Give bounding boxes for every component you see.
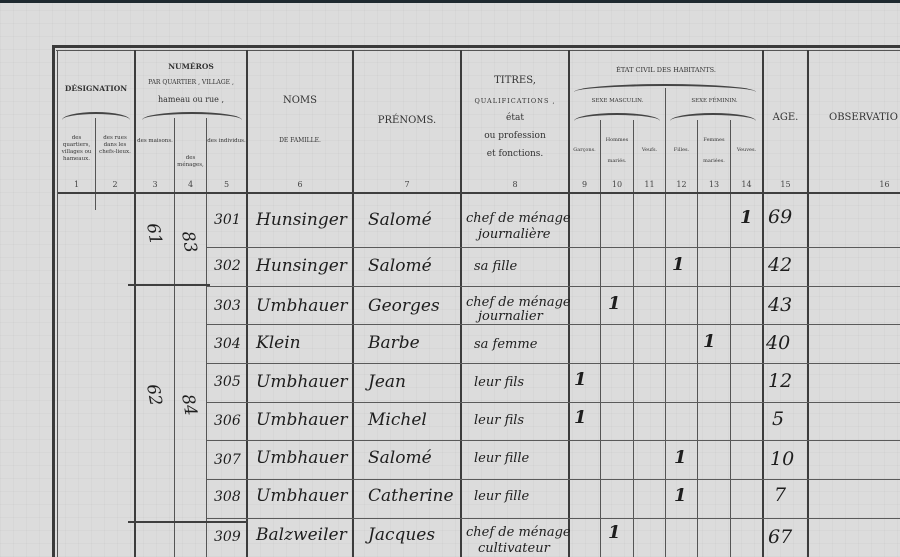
header-col9: Garçons. xyxy=(569,147,600,153)
age-309: 67 xyxy=(768,526,792,548)
prenom-309: Jacques xyxy=(368,525,435,545)
colnum-1: 1 xyxy=(58,180,95,189)
mark-306-garcon: 1 xyxy=(574,407,587,428)
mark-309-homme-marie: 1 xyxy=(608,522,621,543)
header-col10a: Hommes xyxy=(601,137,633,143)
colnum-15: 15 xyxy=(764,180,807,189)
age-303: 43 xyxy=(768,294,792,316)
nom-301: Hunsinger xyxy=(256,210,347,230)
colnum-5: 5 xyxy=(207,180,246,189)
row-sep-5 xyxy=(207,402,900,403)
individu-305: 305 xyxy=(214,374,241,390)
nom-305: Umbhauer xyxy=(256,372,348,392)
header-age: AGE. xyxy=(764,112,807,125)
mark-304-femme-mariee: 1 xyxy=(703,331,716,352)
age-301: 69 xyxy=(768,206,792,228)
colnum-2: 2 xyxy=(96,180,134,189)
individu-306: 306 xyxy=(214,413,241,429)
row-sep-4 xyxy=(207,363,900,364)
row-sep-8 xyxy=(207,518,900,519)
nom-302: Hunsinger xyxy=(256,256,347,276)
header-col3: des maisons. xyxy=(136,138,174,145)
header-col4: des ménages, xyxy=(175,155,206,169)
divider-etatcivil-age xyxy=(762,50,764,557)
header-observations: OBSERVATIO xyxy=(815,112,900,125)
colnum-12: 12 xyxy=(666,180,697,189)
titre-302: sa fille xyxy=(474,260,517,274)
divider-numeros-noms xyxy=(246,50,248,557)
divider-prenoms-titres xyxy=(460,50,462,557)
prenom-304: Barbe xyxy=(368,333,420,353)
header-col13b: mariées. xyxy=(698,158,730,164)
titre-301-b: journalière xyxy=(478,228,550,242)
mark-305-garcon: 1 xyxy=(574,369,587,390)
individu-309: 309 xyxy=(214,529,241,545)
table-frame-top-inner xyxy=(56,50,900,51)
age-305: 12 xyxy=(768,370,792,392)
colnum-8: 8 xyxy=(462,180,568,189)
header-fonctions: et fonctions. xyxy=(462,149,568,160)
row-sep-6 xyxy=(207,440,900,441)
header-col12: Filles. xyxy=(666,147,697,153)
header-col14: Veuves. xyxy=(731,147,762,153)
prenom-305: Jean xyxy=(368,372,406,392)
menage-number-84: 84 xyxy=(177,393,200,418)
household-sep-2 xyxy=(128,521,248,523)
header-designation: DÉSIGNATION xyxy=(58,84,134,93)
titre-309-a: chef de ménage xyxy=(466,526,571,540)
individu-307: 307 xyxy=(214,452,241,468)
nom-306: Umbhauer xyxy=(256,410,348,430)
menage-number-83: 83 xyxy=(177,230,200,255)
colnum-6: 6 xyxy=(248,180,352,189)
table-frame-left xyxy=(52,45,55,557)
nom-303: Umbhauer xyxy=(256,296,348,316)
header-col5: des individus. xyxy=(207,138,246,145)
header-titres: TITRES, xyxy=(462,75,568,88)
individu-301: 301 xyxy=(214,212,241,228)
age-304: 40 xyxy=(766,332,790,354)
nom-304: Klein xyxy=(256,333,301,353)
divider-age-observations xyxy=(807,50,809,557)
age-307: 10 xyxy=(770,448,794,470)
maison-number-61: 61 xyxy=(142,222,165,247)
colnum-4: 4 xyxy=(175,180,206,189)
prenom-303: Georges xyxy=(368,296,440,316)
header-col13a: Femmes xyxy=(698,137,730,143)
header-rule xyxy=(58,192,900,194)
household-sep-1 xyxy=(128,284,210,286)
titre-307: leur fille xyxy=(474,452,529,466)
prenom-306: Michel xyxy=(368,410,427,430)
nom-308: Umbhauer xyxy=(256,486,348,506)
colnum-14: 14 xyxy=(731,180,762,189)
table-frame-top xyxy=(52,45,900,48)
individu-304: 304 xyxy=(214,336,241,352)
nom-309: Balzweiler xyxy=(256,525,347,545)
header-col2: des rues dans les chefs-lieux. xyxy=(96,135,134,156)
maison-number-62: 62 xyxy=(142,383,165,408)
header-col10b: mariés. xyxy=(601,158,633,164)
header-numeros-sub1: PAR QUARTIER , VILLAGE , xyxy=(136,79,246,87)
prenom-301: Salomé xyxy=(368,210,432,230)
row-sep-3 xyxy=(207,324,900,325)
titre-301-a: chef de ménage xyxy=(466,212,571,226)
colnum-9: 9 xyxy=(569,180,600,189)
row-sep-1 xyxy=(207,247,900,248)
header-numeros: NUMÉROS xyxy=(136,62,246,71)
prenom-308: Catherine xyxy=(368,486,454,506)
colnum-11: 11 xyxy=(634,180,665,189)
header-col1: des quartiers, villages ou hameaux. xyxy=(58,135,95,163)
mark-303-homme-marie: 1 xyxy=(608,293,621,314)
header-noms-sub: DE FAMILLE. xyxy=(248,137,352,145)
header-noms: NOMS xyxy=(248,95,352,108)
header-prenoms: PRÉNOMS. xyxy=(354,115,460,128)
titre-309-b: cultivateur xyxy=(478,542,550,556)
individu-302: 302 xyxy=(214,258,241,274)
header-numeros-sub2: hameau ou rue , xyxy=(136,95,246,105)
titre-303-b: journalier xyxy=(478,310,543,324)
mark-308-fille: 1 xyxy=(674,485,687,506)
row-sep-7 xyxy=(207,479,900,480)
age-306: 5 xyxy=(772,408,784,430)
titre-303-a: chef de ménage xyxy=(466,296,571,310)
colnum-7: 7 xyxy=(354,180,460,189)
colnum-3: 3 xyxy=(136,180,174,189)
header-sexe-masculin: SEXE MASCULIN. xyxy=(570,98,665,105)
header-profession: ou profession xyxy=(462,131,568,142)
titre-305: leur fils xyxy=(474,376,524,390)
age-308: 7 xyxy=(774,484,786,506)
header-etat-civil: ÉTAT CIVIL DES HABITANTS. xyxy=(570,66,762,74)
nom-307: Umbhauer xyxy=(256,448,348,468)
prenom-307: Salomé xyxy=(368,448,432,468)
titre-308: leur fille xyxy=(474,490,529,504)
age-302: 42 xyxy=(768,254,792,276)
divider-col1-col2 xyxy=(95,118,96,210)
colnum-16: 16 xyxy=(809,180,900,189)
mark-301-veuve: 1 xyxy=(740,207,753,228)
titre-304: sa femme xyxy=(474,338,537,352)
prenom-302: Salomé xyxy=(368,256,432,276)
header-etat: état xyxy=(462,113,568,124)
titre-306: leur fils xyxy=(474,414,524,428)
divider-masculin-feminin xyxy=(665,88,666,557)
individu-303: 303 xyxy=(214,298,241,314)
row-sep-2 xyxy=(207,286,900,287)
mark-307-fille: 1 xyxy=(674,447,687,468)
individu-308: 308 xyxy=(214,489,241,505)
colnum-13: 13 xyxy=(698,180,730,189)
header-col11: Veufs. xyxy=(634,147,665,153)
divider-designation-numeros xyxy=(134,50,136,557)
table-frame-left-inner xyxy=(57,50,58,557)
colnum-10: 10 xyxy=(601,180,633,189)
header-qualifications: QUALIFICATIONS , xyxy=(462,97,568,105)
mark-302-fille: 1 xyxy=(672,254,685,275)
header-sexe-feminin: SEXE FÉMININ. xyxy=(667,98,762,105)
